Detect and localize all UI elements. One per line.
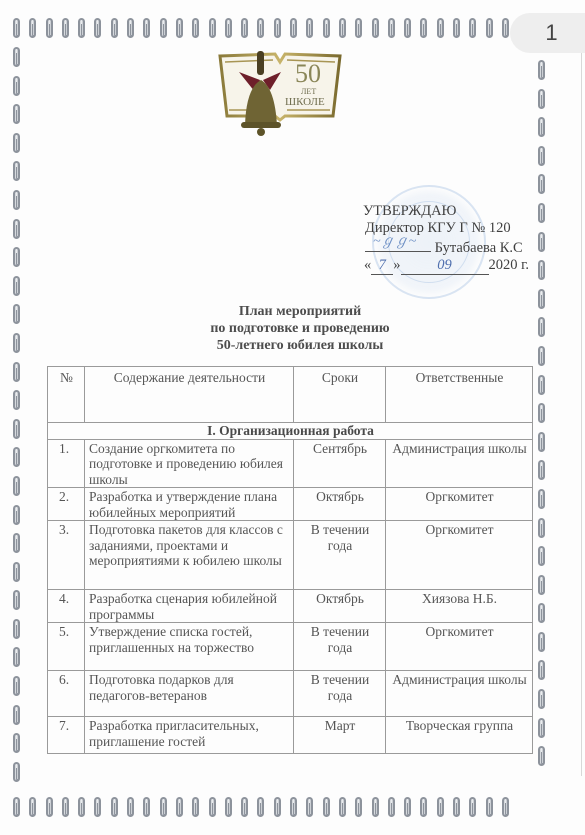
event-plan-table: № Содержание деятельности Сроки Ответств… bbox=[47, 366, 533, 754]
paperclip-icon bbox=[538, 260, 545, 280]
paperclip-icon bbox=[94, 797, 101, 817]
paperclip-icon bbox=[241, 797, 248, 817]
paperclip-icon bbox=[160, 18, 167, 38]
paperclip-icon bbox=[538, 746, 545, 766]
paperclip-icon bbox=[13, 619, 20, 639]
paperclip-icon bbox=[538, 346, 545, 366]
paperclip-icon bbox=[13, 676, 20, 696]
paperclip-icon bbox=[257, 18, 264, 38]
paperclip-icon bbox=[111, 797, 118, 817]
paperclip-icon bbox=[13, 505, 20, 525]
paperclip-icon bbox=[127, 797, 134, 817]
paperclip-icon bbox=[111, 18, 118, 38]
paperclip-icon bbox=[538, 632, 545, 652]
paperclip-icon bbox=[209, 797, 216, 817]
paperclip-border-left bbox=[13, 47, 20, 790]
paperclip-icon bbox=[13, 733, 20, 753]
paperclip-icon bbox=[13, 247, 20, 267]
paperclip-icon bbox=[78, 18, 85, 38]
paperclip-icon bbox=[257, 797, 264, 817]
paperclip-icon bbox=[143, 797, 150, 817]
paperclip-icon bbox=[13, 362, 20, 382]
school-anniversary-emblem-icon: 50 ЛЕТ ШКОЛЕ bbox=[215, 48, 345, 138]
paperclip-icon bbox=[437, 797, 444, 817]
paperclip-icon bbox=[388, 797, 395, 817]
paperclip-icon bbox=[538, 432, 545, 452]
paperclip-icon bbox=[538, 375, 545, 395]
table-row: 6. Подготовка подарков для педагогов-вет… bbox=[48, 671, 533, 717]
page-number: 1 bbox=[545, 20, 557, 46]
approval-heading: УТВЕРЖДАЮ bbox=[361, 203, 529, 220]
paperclip-icon bbox=[437, 18, 444, 38]
table-row: 1. Создание оргкомитета по подготовке и … bbox=[48, 439, 533, 488]
paperclip-icon bbox=[13, 161, 20, 181]
paperclip-icon bbox=[274, 18, 281, 38]
paperclip-icon bbox=[29, 18, 36, 38]
paperclip-icon bbox=[13, 190, 20, 210]
paperclip-icon bbox=[143, 18, 150, 38]
header-responsible: Ответственные bbox=[386, 367, 533, 423]
approval-date: «7»092020 г. bbox=[361, 257, 529, 275]
table-row: 3. Подготовка пакетов для классов с зада… bbox=[48, 521, 533, 590]
paperclip-icon bbox=[538, 489, 545, 509]
table-row: 7. Разработка пригласительных, приглашен… bbox=[48, 717, 533, 754]
paperclip-border-bottom bbox=[13, 797, 518, 817]
paperclip-icon bbox=[13, 797, 20, 817]
paperclip-icon bbox=[404, 797, 411, 817]
paperclip-icon bbox=[13, 419, 20, 439]
paperclip-icon bbox=[538, 146, 545, 166]
paperclip-border-right bbox=[538, 60, 545, 775]
paperclip-icon bbox=[306, 18, 313, 38]
paperclip-icon bbox=[355, 18, 362, 38]
paperclip-icon bbox=[160, 797, 167, 817]
paperclip-icon bbox=[538, 546, 545, 566]
paperclip-icon bbox=[538, 460, 545, 480]
paperclip-icon bbox=[13, 762, 20, 782]
paperclip-icon bbox=[13, 333, 20, 353]
paperclip-icon bbox=[13, 276, 20, 296]
paperclip-icon bbox=[339, 18, 346, 38]
document-title: План мероприятий по подготовке и проведе… bbox=[100, 303, 500, 354]
svg-text:50: 50 bbox=[295, 59, 321, 88]
paperclip-border-top bbox=[13, 18, 518, 38]
paperclip-icon bbox=[538, 117, 545, 137]
paperclip-icon bbox=[13, 533, 20, 553]
paperclip-icon bbox=[538, 660, 545, 680]
paperclip-icon bbox=[62, 797, 69, 817]
paperclip-icon bbox=[13, 104, 20, 124]
date-day: 7 bbox=[371, 257, 393, 275]
paperclip-icon bbox=[13, 219, 20, 239]
signature-icon: ~ℊℊ~ bbox=[373, 233, 416, 250]
paperclip-icon bbox=[323, 797, 330, 817]
paperclip-icon bbox=[176, 797, 183, 817]
table-row: 5. Утверждение списка гостей, приглашенн… bbox=[48, 623, 533, 671]
paperclip-icon bbox=[469, 18, 476, 38]
paperclip-icon bbox=[290, 18, 297, 38]
header-term: Сроки bbox=[294, 367, 386, 423]
signature-field: ~ℊℊ~ bbox=[365, 237, 431, 252]
table-header-row: № Содержание деятельности Сроки Ответств… bbox=[48, 367, 533, 423]
paperclip-icon bbox=[78, 797, 85, 817]
document-page: 1 50 ЛЕТ ШКОЛЕ УТВЕРЖДАЮ Директор КГУ Г … bbox=[0, 0, 585, 835]
paperclip-icon bbox=[13, 133, 20, 153]
paperclip-icon bbox=[306, 797, 313, 817]
paperclip-icon bbox=[46, 18, 53, 38]
paperclip-icon bbox=[372, 18, 379, 38]
paperclip-icon bbox=[225, 18, 232, 38]
paperclip-icon bbox=[538, 174, 545, 194]
paperclip-icon bbox=[13, 590, 20, 610]
page-edge-divider bbox=[581, 16, 582, 776]
paperclip-icon bbox=[538, 317, 545, 337]
paperclip-icon bbox=[225, 797, 232, 817]
paperclip-icon bbox=[13, 476, 20, 496]
paperclip-icon bbox=[62, 18, 69, 38]
paperclip-icon bbox=[538, 718, 545, 738]
paperclip-icon bbox=[538, 60, 545, 80]
paperclip-icon bbox=[13, 76, 20, 96]
paperclip-icon bbox=[453, 18, 460, 38]
svg-text:ЛЕТ: ЛЕТ bbox=[301, 87, 316, 96]
paperclip-icon bbox=[274, 797, 281, 817]
paperclip-icon bbox=[420, 797, 427, 817]
approval-block: УТВЕРЖДАЮ Директор КГУ Г № 120 ~ℊℊ~ Бута… bbox=[361, 203, 529, 275]
paperclip-icon bbox=[502, 797, 509, 817]
paperclip-icon bbox=[13, 390, 20, 410]
paperclip-icon bbox=[486, 797, 493, 817]
paperclip-icon bbox=[453, 797, 460, 817]
paperclip-icon bbox=[420, 18, 427, 38]
section-heading: I. Организационная работа bbox=[48, 423, 533, 440]
paperclip-icon bbox=[538, 403, 545, 423]
paperclip-icon bbox=[192, 797, 199, 817]
table-row: 4. Разработка сценария юбилейной програм… bbox=[48, 590, 533, 623]
paperclip-icon bbox=[372, 797, 379, 817]
date-year: 2020 г. bbox=[489, 257, 530, 273]
paperclip-icon bbox=[176, 18, 183, 38]
paperclip-icon bbox=[13, 447, 20, 467]
page-number-badge: 1 bbox=[510, 13, 585, 53]
paperclip-icon bbox=[209, 18, 216, 38]
paperclip-icon bbox=[538, 518, 545, 538]
paperclip-icon bbox=[538, 289, 545, 309]
paperclip-icon bbox=[404, 18, 411, 38]
svg-text:ШКОЛЕ: ШКОЛЕ bbox=[285, 96, 325, 108]
approval-signature-line: ~ℊℊ~ Бутабаева К.С bbox=[361, 237, 529, 257]
paperclip-icon bbox=[13, 705, 20, 725]
paperclip-icon bbox=[538, 232, 545, 252]
header-number: № bbox=[48, 367, 85, 423]
paperclip-icon bbox=[538, 203, 545, 223]
paperclip-icon bbox=[29, 797, 36, 817]
paperclip-icon bbox=[13, 647, 20, 667]
paperclip-icon bbox=[339, 797, 346, 817]
paperclip-icon bbox=[388, 18, 395, 38]
date-month: 09 bbox=[401, 257, 489, 275]
header-content: Содержание деятельности bbox=[85, 367, 294, 423]
paperclip-icon bbox=[13, 18, 20, 38]
paperclip-icon bbox=[469, 797, 476, 817]
paperclip-icon bbox=[538, 603, 545, 623]
paperclip-icon bbox=[538, 575, 545, 595]
paperclip-icon bbox=[486, 18, 493, 38]
table-row: 2. Разработка и утверждение плана юбилей… bbox=[48, 488, 533, 521]
paperclip-icon bbox=[13, 47, 20, 67]
paperclip-icon bbox=[355, 797, 362, 817]
paperclip-icon bbox=[538, 89, 545, 109]
paperclip-icon bbox=[192, 18, 199, 38]
paperclip-icon bbox=[323, 18, 330, 38]
paperclip-icon bbox=[94, 18, 101, 38]
paperclip-icon bbox=[46, 797, 53, 817]
paperclip-icon bbox=[502, 18, 509, 38]
paperclip-icon bbox=[538, 689, 545, 709]
section-row: I. Организационная работа bbox=[48, 423, 533, 440]
paperclip-icon bbox=[127, 18, 134, 38]
paperclip-icon bbox=[290, 797, 297, 817]
paperclip-icon bbox=[241, 18, 248, 38]
paperclip-icon bbox=[13, 562, 20, 582]
director-name: Бутабаева К.С bbox=[435, 240, 523, 256]
paperclip-icon bbox=[13, 304, 20, 324]
